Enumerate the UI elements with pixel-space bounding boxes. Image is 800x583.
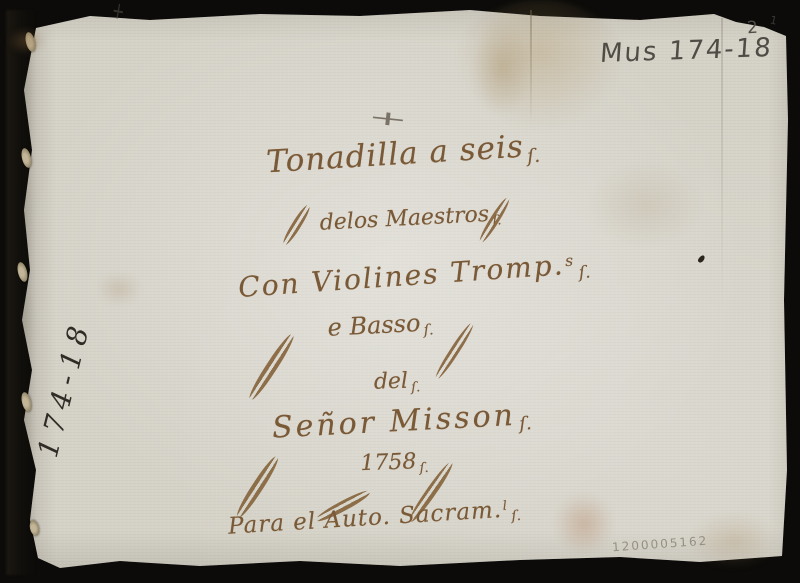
flourish-mark: ſ. bbox=[411, 380, 421, 395]
flourish-mark: ſ. bbox=[578, 261, 591, 282]
title-cross-mark: + bbox=[367, 104, 410, 132]
superscript-abbreviation: l bbox=[502, 498, 508, 513]
flourish-mark: ſ. bbox=[419, 461, 429, 476]
stain-top-left bbox=[8, 28, 46, 54]
manuscript-line-del: delſ. bbox=[362, 368, 433, 397]
line-text: 1758 bbox=[360, 449, 417, 476]
line-text: e Basso bbox=[327, 309, 421, 342]
flourish-mark: ſ. bbox=[527, 145, 541, 167]
binding-shadow bbox=[6, 10, 36, 575]
stain-mid-right bbox=[588, 162, 703, 247]
flourish-mark: ſ. bbox=[511, 508, 521, 525]
superscript-abbreviation: s bbox=[564, 251, 575, 270]
manuscript-scan: Mus 174-18 2 1 + 1200005162 174-18 + Ton… bbox=[0, 0, 800, 583]
line-text: del bbox=[373, 369, 408, 395]
stain-top-center bbox=[472, 20, 532, 115]
manuscript-line-year: 1758ſ. bbox=[352, 449, 438, 479]
flourish-mark: ſ. bbox=[423, 323, 434, 339]
flourish-mark: ſ. bbox=[519, 413, 532, 435]
stain-left bbox=[96, 272, 142, 306]
stain-bottom bbox=[553, 492, 615, 556]
corner-page-number: 2 bbox=[746, 18, 758, 39]
corner-tick-mark: 1 bbox=[769, 13, 779, 27]
